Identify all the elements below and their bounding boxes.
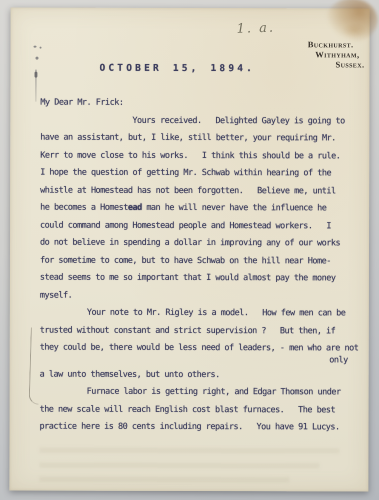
letter-text: he becomes a Homest: [40, 203, 128, 213]
show-through-smudge: [39, 463, 319, 469]
letter-line: Yours received. Delighted Gayley is goin…: [40, 112, 358, 130]
ink-speck: [34, 46, 37, 48]
scanned-letter-page: { "document": { "archival_note": "1. a."…: [0, 0, 379, 500]
letter-body-lines: Yours received. Delighted Gayley is goin…: [40, 112, 359, 437]
letter-line: stead seems to me so important that I wo…: [40, 270, 358, 288]
letter-line: myself.: [40, 287, 358, 305]
letter-line: have an assistant, but, I like, still be…: [40, 130, 358, 148]
letterhead-line-withyham: Withyham,: [308, 49, 360, 59]
pencil-margin-mark: [34, 72, 37, 78]
ink-speck: [35, 57, 38, 60]
letter-line: a law unto themselves, but unto others.: [40, 366, 358, 384]
show-through-smudge: [39, 448, 339, 454]
letter-paper: 1. a. Buckhurst. Withyham, Sussex. OCTOB…: [9, 8, 369, 492]
ink-speck: [40, 47, 42, 49]
handwritten-archival-note: 1. a.: [236, 21, 275, 37]
letterhead-line-sussex: Sussex.: [308, 59, 365, 69]
letter-line: he becomes a Homestead man he will never…: [40, 200, 358, 218]
letter-line: Kerr to move close to his works. I think…: [40, 147, 358, 165]
letter-line: could command among Homestead people and…: [40, 217, 358, 235]
letter-line: only: [40, 355, 358, 365]
letter-text: man he will never have the influence he: [142, 203, 327, 213]
letterhead-line-buckhurst: Buckhurst.: [308, 39, 354, 49]
letter-line: Your note to Mr. Rigley is a model. How …: [40, 305, 358, 323]
letter-line: practice here is 80 cents including repa…: [40, 419, 358, 437]
letter-line: trusted without constant and strict supe…: [40, 322, 358, 340]
letter-line: Furnace labor is getting right, and Edga…: [40, 384, 358, 402]
overtyped-text: ead: [128, 203, 142, 213]
date-line: OCTOBER 15, 1894.: [99, 63, 255, 74]
corner-stain-faint: [342, 22, 368, 38]
letter-line: the new scale will reach English cost bl…: [40, 401, 358, 419]
letter-line: for sometime to come, but to have Schwab…: [40, 252, 358, 270]
letter-body: My Dear Mr. Frick: Yours received. Delig…: [40, 95, 359, 437]
salutation: My Dear Mr. Frick:: [40, 95, 358, 113]
letter-line: whistle at Homestead has not been forgot…: [40, 182, 358, 200]
letter-line: do not believe in spending a dollar in i…: [40, 235, 358, 253]
show-through-smudge: [39, 477, 289, 483]
letterhead: Buckhurst. Withyham, Sussex.: [308, 39, 365, 69]
letter-line: I hope the question of getting Mr. Schwa…: [40, 165, 358, 183]
